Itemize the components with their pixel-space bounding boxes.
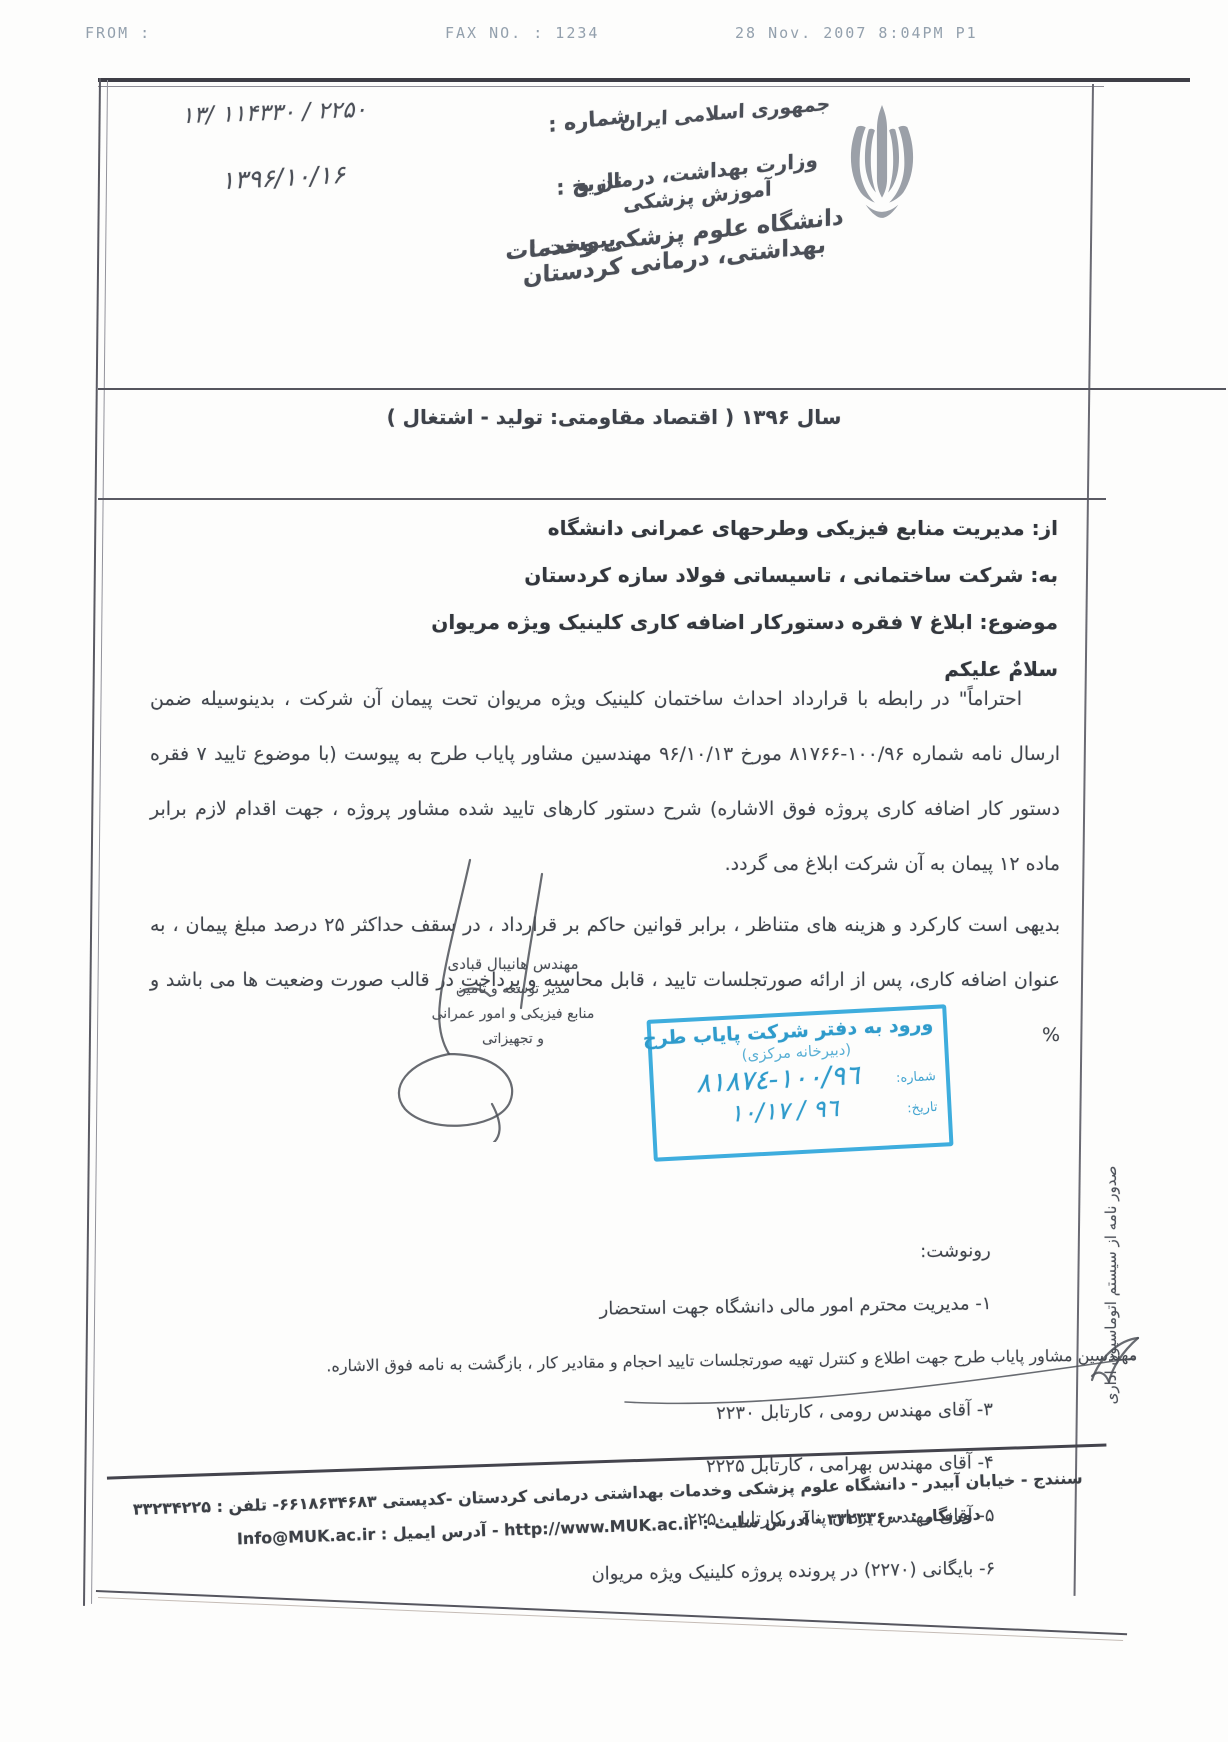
handwritten-signature-scribble: [352, 842, 582, 1142]
letterhead-divider-line: [98, 388, 1226, 390]
automation-side-note: صدور نامه از سیستم اتوماسیون اداری: [1102, 1070, 1124, 1500]
body-paragraph-1: احتراماً" در رابطه با قرارداد احداث ساخت…: [150, 672, 1060, 892]
letter-date-value: ۱۳۹۶/۱۰/۱۶: [147, 156, 418, 199]
scanned-fax-document: FROM : FAX NO. : 1234 28 Nov. 2007 8:04P…: [0, 0, 1228, 1742]
fax-transmission-header: FROM : FAX NO. : 1234 28 Nov. 2007 8:04P…: [0, 24, 1228, 48]
fax-from-label: FROM :: [85, 24, 151, 42]
fax-number: FAX NO. : 1234: [445, 24, 599, 42]
to-line: به: شرکت ساختمانی ، تاسیساتی فولاد سازه …: [150, 552, 1058, 599]
stamp-date-label: تاریخ:: [907, 1100, 938, 1117]
letterhead-country: جمهوری اسلامی ایران: [610, 92, 840, 134]
letterhead-university: دانشگاه علوم پزشکی وخدمات بهداشتی، درمان…: [453, 199, 896, 298]
frame-left-thin-line: [91, 80, 108, 1604]
subject-line: موضوع: ابلاغ ۷ فقره دستورکار اضافه کاری …: [150, 599, 1058, 646]
letter-heading-block: از: مدیریت منابع فیزیکی وطرحهای عمرانی د…: [150, 505, 1058, 693]
frame-top-thin-line: [98, 86, 1104, 87]
letter-number-value: ۲۲۵۰ / ۱۱۴۳۳۰ /۱۳: [118, 95, 431, 132]
fax-timestamp: 28 Nov. 2007 8:04PM P1: [735, 24, 978, 42]
banner-divider-line: [98, 498, 1106, 500]
stamp-number-label: شماره:: [896, 1069, 937, 1086]
year-slogan-banner: سال ۱۳۹۶ ( اقتصاد مقاومتی: تولید - اشتغا…: [0, 405, 1228, 429]
from-line: از: مدیریت منابع فیزیکی وطرحهای عمرانی د…: [150, 505, 1058, 552]
company-registry-stamp: ورود به دفتر شرکت پایاب طرح (دبیرخانه مر…: [646, 1004, 953, 1162]
handwritten-underline-flourish: [620, 1350, 1140, 1410]
frame-top-line: [98, 78, 1190, 82]
